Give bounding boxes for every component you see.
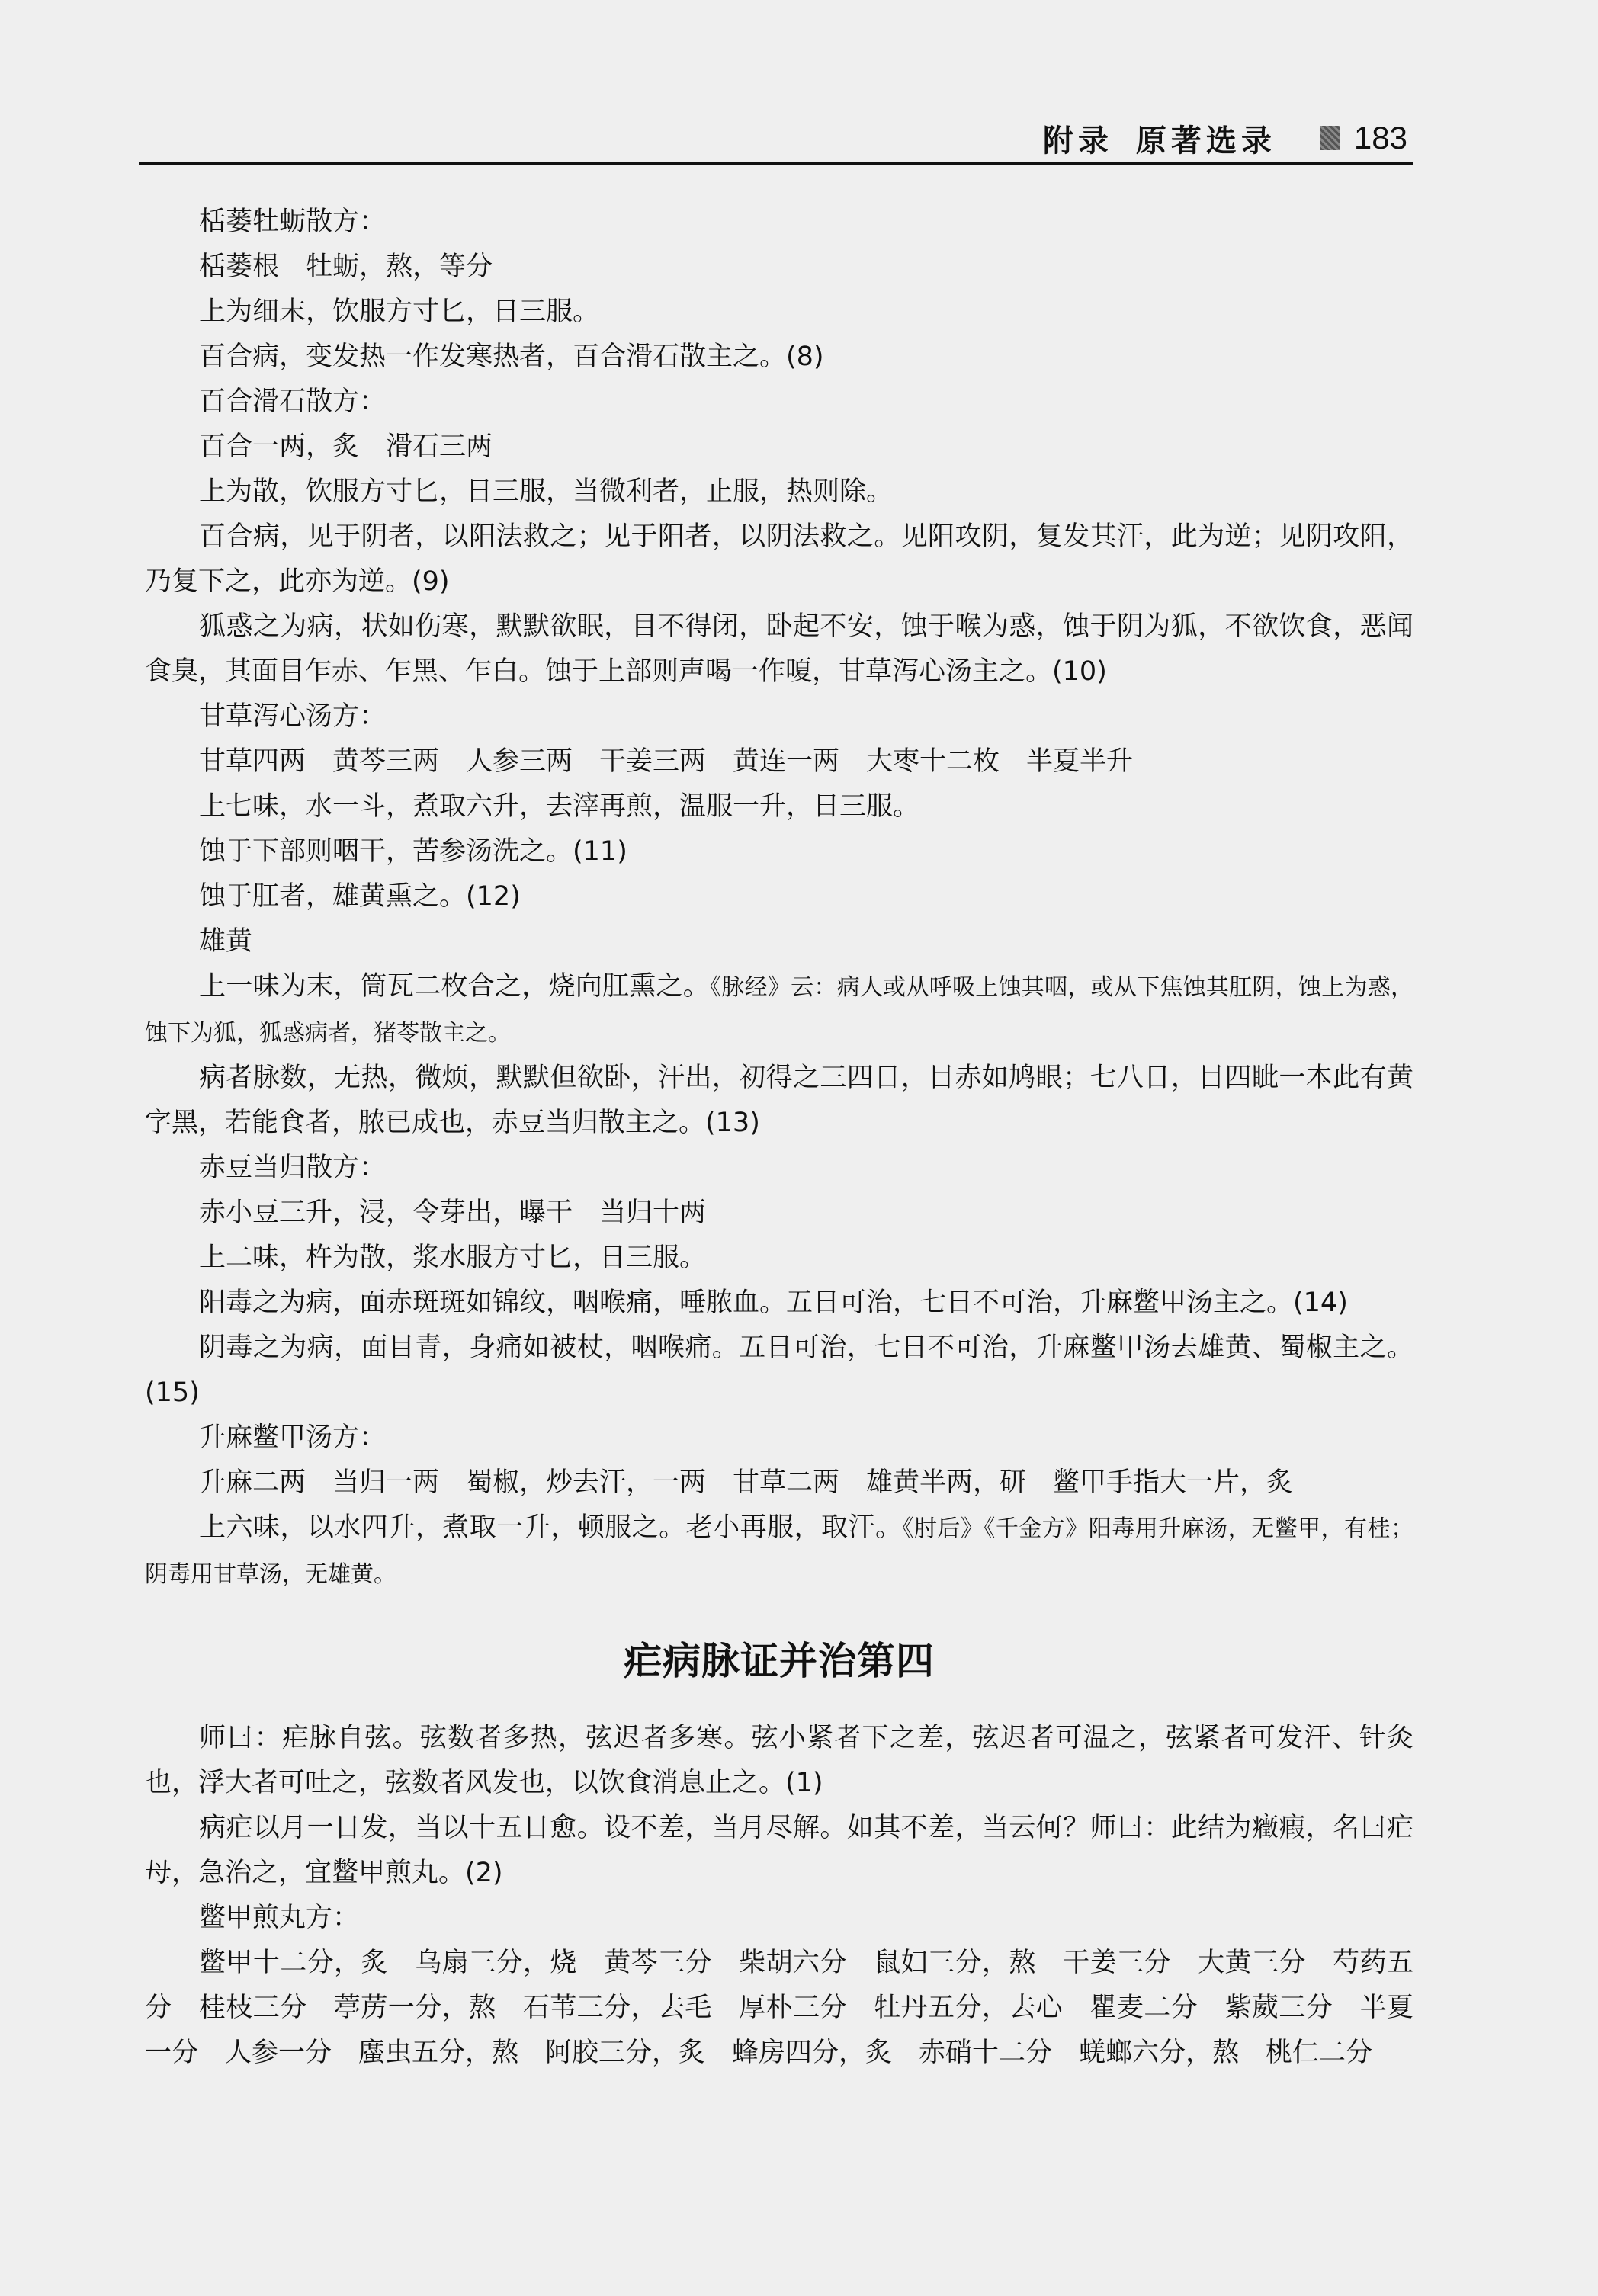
paragraph-text: 阳毒之为病，面赤斑斑如锦纹，咽喉痛，唾脓血。五日可治，七日不可治，升麻鳖甲汤主之… — [199, 1287, 1348, 1318]
paragraph: 上为散，饮服方寸匕，日三服，当微利者，止服，热则除。 — [145, 470, 1413, 515]
paragraph-text: 升麻鳖甲汤方： — [199, 1422, 386, 1453]
paragraph: 赤小豆三升，浸，令芽出，曝干 当归十两 — [145, 1191, 1413, 1236]
text-block-part1: 栝蒌牡蛎散方：栝蒌根 牡蛎，熬，等分上为细末，饮服方寸匕，日三服。百合病，变发热… — [145, 200, 1413, 1597]
paragraph: 百合病，变发热一作发寒热者，百合滑石散主之。(8) — [145, 335, 1413, 380]
paragraph-text: 赤豆当归散方： — [199, 1153, 386, 1183]
paragraph: 升麻鳖甲汤方： — [145, 1416, 1413, 1461]
paragraph: 上二味，杵为散，浆水服方寸匕，日三服。 — [145, 1236, 1413, 1281]
paragraph: 甘草泻心汤方： — [145, 694, 1413, 739]
paragraph-text: 甘草泻心汤方： — [199, 701, 386, 732]
page-body: 栝蒌牡蛎散方：栝蒌根 牡蛎，熬，等分上为细末，饮服方寸匕，日三服。百合病，变发热… — [145, 200, 1413, 2076]
paragraph: 病疟以月一日发，当以十五日愈。设不差，当月尽解。如其不差，当云何？师曰：此结为癥… — [145, 1806, 1413, 1896]
paragraph: 上一味为末，筒瓦二枚合之，烧向肛熏之。《脉经》云：病人或从呼吸上蚀其咽，或从下焦… — [145, 964, 1413, 1056]
paragraph-text: 鳖甲煎丸方： — [199, 1903, 359, 1933]
paragraph: 蚀于下部则咽干，苦参汤洗之。(11) — [145, 829, 1413, 874]
paragraph: 栝蒌根 牡蛎，熬，等分 — [145, 245, 1413, 290]
paragraph: 百合滑石散方： — [145, 380, 1413, 425]
paragraph-text: 上二味，杵为散，浆水服方寸匕，日三服。 — [199, 1243, 706, 1273]
paragraph-text: 上为散，饮服方寸匕，日三服，当微利者，止服，热则除。 — [199, 476, 893, 507]
paragraph: 鳖甲十二分，炙 乌扇三分，烧 黄芩三分 柴胡六分 鼠妇三分，熬 干姜三分 大黄三… — [145, 1941, 1413, 2076]
paragraph: 蚀于肛者，雄黄熏之。(12) — [145, 874, 1413, 919]
paragraph: 上为细末，饮服方寸匕，日三服。 — [145, 290, 1413, 335]
paragraph: 阳毒之为病，面赤斑斑如锦纹，咽喉痛，唾脓血。五日可治，七日不可治，升麻鳖甲汤主之… — [145, 1281, 1413, 1326]
paragraph-text: 上六味，以水四升，煮取一升，顿服之。老小再服，取汗。 — [199, 1512, 902, 1543]
paragraph: 鳖甲煎丸方： — [145, 1896, 1413, 1941]
section-title: 疟病脉证并治第四 — [145, 1631, 1413, 1685]
paragraph: 师曰：疟脉自弦。弦数者多热，弦迟者多寒。弦小紧者下之差，弦迟者可温之，弦紧者可发… — [145, 1716, 1413, 1806]
page-number: 183 — [1354, 120, 1407, 156]
page-marker-icon — [1320, 126, 1340, 150]
paragraph-text: 病者脉数，无热，微烦，默默但欲卧，汗出，初得之三四日，目赤如鸠眼；七八日，目四眦… — [145, 1063, 1413, 1138]
paragraph-text: 栝蒌牡蛎散方： — [199, 207, 386, 237]
running-header: 附录原著选录 183 — [139, 114, 1413, 165]
paragraph-text: 师曰：疟脉自弦。弦数者多热，弦迟者多寒。弦小紧者下之差，弦迟者可温之，弦紧者可发… — [145, 1723, 1413, 1798]
paragraph: 雄黄 — [145, 919, 1413, 964]
paragraph-text: 栝蒌根 牡蛎，熬，等分 — [199, 252, 493, 282]
paragraph-text: 上一味为末，筒瓦二枚合之，烧向肛熏之。 — [199, 971, 710, 1002]
paragraph-text: 上为细末，饮服方寸匕，日三服。 — [199, 297, 599, 327]
paragraph: 甘草四两 黄芩三两 人参三两 干姜三两 黄连一两 大枣十二枚 半夏半升 — [145, 739, 1413, 784]
paragraph-text: 升麻二两 当归一两 蜀椒，炒去汗，一两 甘草二两 雄黄半两，研 鳖甲手指大一片，… — [199, 1467, 1293, 1498]
paragraph-text: 赤小豆三升，浸，令芽出，曝干 当归十两 — [199, 1198, 706, 1228]
paragraph: 百合一两，炙 滑石三两 — [145, 425, 1413, 470]
paragraph-text: 病疟以月一日发，当以十五日愈。设不差，当月尽解。如其不差，当云何？师曰：此结为癥… — [145, 1813, 1413, 1888]
paragraph-text: 甘草四两 黄芩三两 人参三两 干姜三两 黄连一两 大枣十二枚 半夏半升 — [199, 746, 1133, 777]
paragraph: 上六味，以水四升，煮取一升，顿服之。老小再服，取汗。《肘后》《千金方》阳毒用升麻… — [145, 1506, 1413, 1597]
paragraph: 病者脉数，无热，微烦，默默但欲卧，汗出，初得之三四日，目赤如鸠眼；七八日，目四眦… — [145, 1056, 1413, 1146]
paragraph: 百合病，见于阴者，以阳法救之；见于阳者，以阴法救之。见阳攻阴，复发其汗，此为逆；… — [145, 515, 1413, 604]
paragraph: 上七味，水一斗，煮取六升，去滓再煎，温服一升，日三服。 — [145, 784, 1413, 829]
header-section: 附录 — [1043, 123, 1113, 159]
text-block-part2: 师曰：疟脉自弦。弦数者多热，弦迟者多寒。弦小紧者下之差，弦迟者可温之，弦紧者可发… — [145, 1716, 1413, 2076]
paragraph-text: 上七味，水一斗，煮取六升，去滓再煎，温服一升，日三服。 — [199, 791, 919, 822]
paragraph: 狐惑之为病，状如伤寒，默默欲眠，目不得闭，卧起不安，蚀于喉为惑，蚀于阴为狐，不欲… — [145, 604, 1413, 694]
paragraph: 赤豆当归散方： — [145, 1146, 1413, 1191]
paragraph: 栝蒌牡蛎散方： — [145, 200, 1413, 245]
paragraph-text: 百合滑石散方： — [199, 386, 386, 417]
paragraph: 阴毒之为病，面目青，身痛如被杖，咽喉痛。五日可治，七日不可治，升麻鳖甲汤去雄黄、… — [145, 1326, 1413, 1416]
paragraph-text: 雄黄 — [199, 926, 252, 957]
paragraph-text: 阴毒之为病，面目青，身痛如被杖，咽喉痛。五日可治，七日不可治，升麻鳖甲汤去雄黄、… — [145, 1332, 1413, 1408]
paragraph-text: 蚀于肛者，雄黄熏之。(12) — [199, 881, 521, 912]
paragraph-text: 百合病，变发热一作发寒热者，百合滑石散主之。(8) — [199, 342, 824, 372]
paragraph-text: 蚀于下部则咽干，苦参汤洗之。(11) — [199, 836, 627, 867]
paragraph: 升麻二两 当归一两 蜀椒，炒去汗，一两 甘草二两 雄黄半两，研 鳖甲手指大一片，… — [145, 1461, 1413, 1506]
header-title: 原著选录 — [1136, 123, 1276, 159]
header-right: 附录原著选录 183 — [1043, 114, 1407, 162]
paragraph-text: 狐惑之为病，状如伤寒，默默欲眠，目不得闭，卧起不安，蚀于喉为惑，蚀于阴为狐，不欲… — [145, 611, 1413, 687]
running-title: 附录原著选录 — [1043, 117, 1276, 160]
paragraph-text: 鳖甲十二分，炙 乌扇三分，烧 黄芩三分 柴胡六分 鼠妇三分，熬 干姜三分 大黄三… — [145, 1948, 1413, 2068]
paragraph-text: 百合病，见于阴者，以阳法救之；见于阳者，以阴法救之。见阳攻阴，复发其汗，此为逆；… — [145, 521, 1413, 597]
paragraph-text: 百合一两，炙 滑石三两 — [199, 431, 493, 462]
